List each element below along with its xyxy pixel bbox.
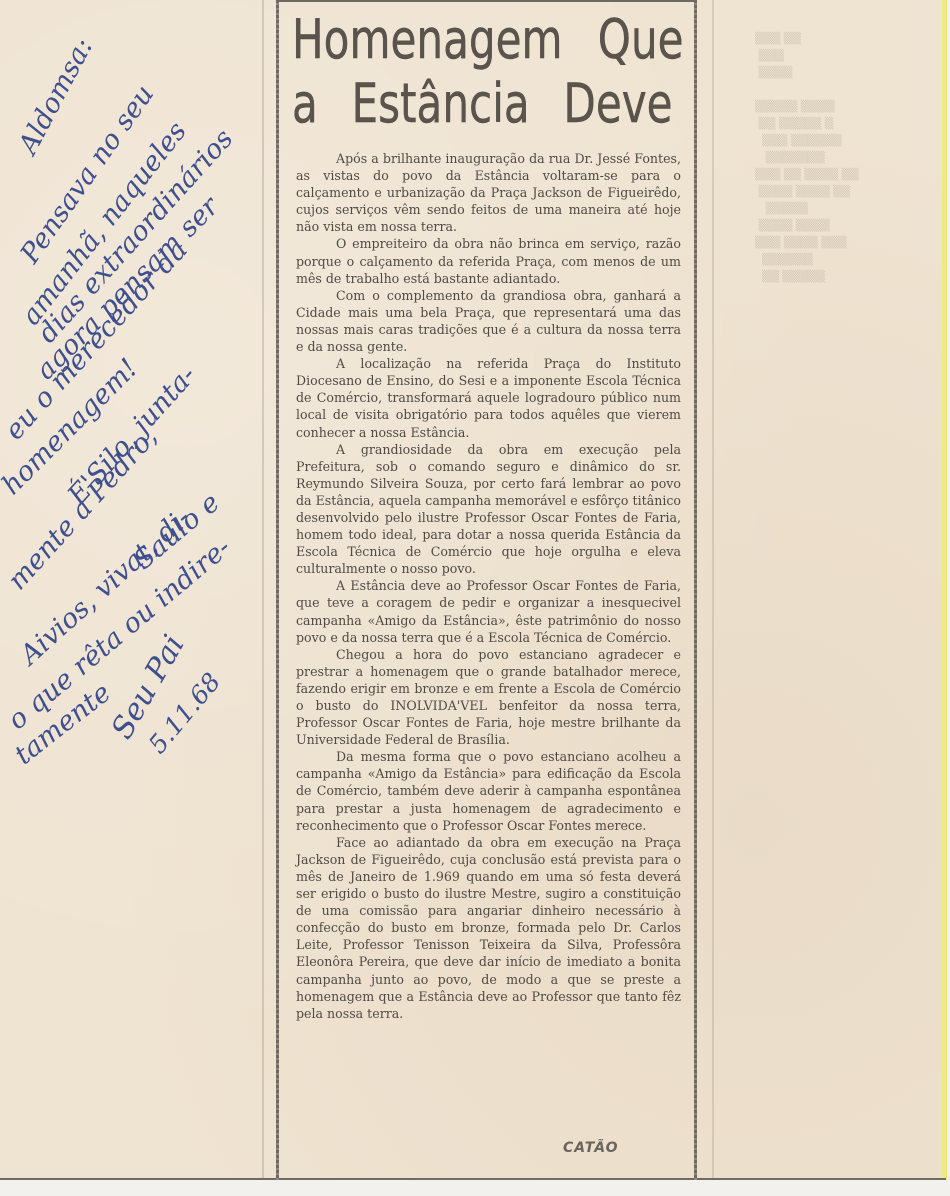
bleed-through-text: ▒▒▒ ▒▒ ▒▒▒ ▒▒▒▒ ▒▒▒▒▒ ▒▒▒▒ ▒▒ ▒▒▒▒▒ ▒ ▒▒… xyxy=(755,30,859,285)
headline: Homenagem Que a Estância Deve xyxy=(292,8,682,136)
column-rule-faint-right xyxy=(712,0,714,1180)
handwritten-note: Aldomsa: Pensava no seu amanhã, naqueles… xyxy=(0,0,270,760)
paragraph: O empreiteiro da obra não brinca em serv… xyxy=(296,235,681,286)
paragraph: Face ao adiantado da obra em execução na… xyxy=(296,834,681,1022)
author-signature: CATÃO xyxy=(563,1140,619,1156)
column-rule-left xyxy=(276,0,279,1180)
headline-line-2: a Estância Deve xyxy=(292,72,596,136)
headline-line-1: Homenagem Que xyxy=(292,8,596,72)
paragraph: A grandiosidade da obra em execução pela… xyxy=(296,441,681,578)
paragraph: Da mesma forma que o povo estanciano aco… xyxy=(296,748,681,833)
paragraph: A Estância deve ao Professor Oscar Fonte… xyxy=(296,577,681,645)
paragraph: Após a brilhante inauguração da rua Dr. … xyxy=(296,150,681,235)
column-rule-right xyxy=(694,0,697,1180)
newspaper-clipping: ▒▒▒ ▒▒ ▒▒▒ ▒▒▒▒ ▒▒▒▒▒ ▒▒▒▒ ▒▒ ▒▒▒▒▒ ▒ ▒▒… xyxy=(0,0,946,1180)
clipping-top-edge xyxy=(279,0,694,2)
article-body: Após a brilhante inauguração da rua Dr. … xyxy=(296,150,681,1022)
scan-edge xyxy=(942,0,946,1178)
paragraph: Com o complemento da grandiosa obra, gan… xyxy=(296,287,681,355)
paragraph: Chegou a hora do povo estanciano agradec… xyxy=(296,646,681,749)
handwritten-line: Aldomsa: xyxy=(13,33,100,159)
paragraph: A localização na referida Praça do Insti… xyxy=(296,355,681,440)
